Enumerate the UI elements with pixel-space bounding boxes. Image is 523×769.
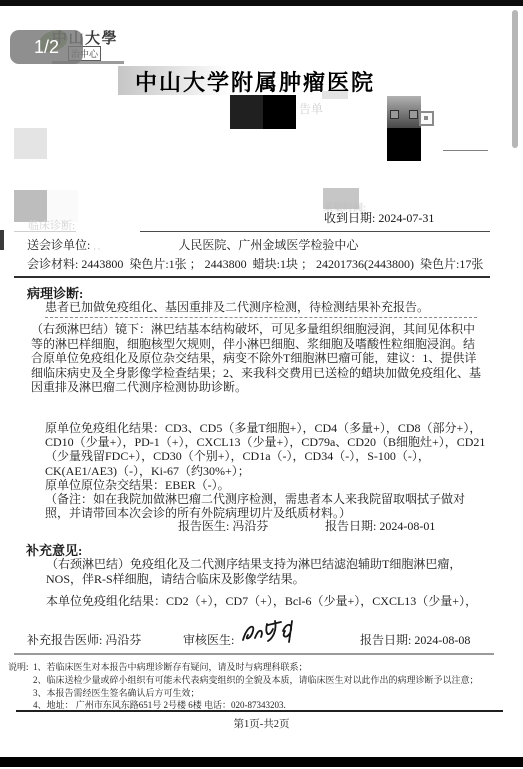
referral-unit-redacted: ，、 [93, 240, 175, 255]
redaction-patient-box-1 [14, 128, 47, 159]
note-line-3: 3、本报告需经医生签名确认后方可生效； [33, 687, 200, 699]
supplement-report-date: 报告日期: 2024-08-08 [360, 633, 470, 648]
scan-left-artifact [0, 230, 4, 250]
remark-note: （备注：如在我院加做淋巴瘤二代测序检测，需患者本人来我院留取咽拭子做对照，并请带… [45, 492, 488, 520]
supplement-conclusion: （右颈淋巴结）免疫组化及二代测序结果支持为淋巴结滤泡辅助T细胞淋巴瘤，NOS，伴… [46, 557, 494, 586]
redaction-subtitle-box [230, 95, 296, 129]
qr-finder-square [409, 110, 418, 119]
note-line-2: 2、临床送检少量或碎小组织有可能未代表病变组织的全貌及本质，请临床医生对以此作出… [33, 674, 479, 686]
referral-unit-value: 人民医院、广州金域医学检验中心 [178, 238, 358, 252]
scrollbar-thumb[interactable] [512, 10, 518, 148]
page-indicator-badge: 1/2 [10, 30, 83, 64]
scan-smudge [322, 91, 348, 99]
barcode-underline [443, 150, 488, 151]
reviewer-label: 审核医生: [183, 633, 234, 648]
dashed-divider [45, 317, 477, 318]
referral-unit-row: 送会诊单位: ，、 人民医院、广州金域医学检验中心 [27, 238, 358, 255]
footer-divider [14, 653, 494, 655]
qr-code-icon [387, 96, 421, 128]
subtitle-ghost-text: 告单 [299, 100, 323, 117]
our-ihc-results: 本单位免疫组化结果：CD2（+），CD7（+），Bcl-6（少量+），CXCL1… [46, 594, 494, 609]
microscopy-findings: （右颈淋巴结）镜下：淋巴结基本结构破坏，可见多量组织细胞浸润，其间见体积中等的淋… [31, 322, 483, 395]
qr-finder-square [390, 110, 399, 119]
redaction-qr-box [387, 128, 421, 161]
scan-bottom-edge [0, 757, 523, 767]
note-line-1: 1、若临床医生对本报告中病理诊断存有疑问，请及时与病理科联系； [33, 661, 308, 673]
notes-label: 说明: [8, 661, 29, 673]
received-date: 收到日期: 2024-07-31 [324, 211, 434, 226]
hospital-title: 中山大学附属肿瘤医院 [40, 66, 470, 97]
prior-ihc-results: 原单位免疫组化结果：CD3、CD5（多量T细胞+），CD4（多量+），CD8（部… [45, 421, 488, 478]
supplement-doctor: 补充报告医师: 冯沿芬 [27, 633, 141, 648]
page-indicator-label: 1/2 [34, 37, 59, 58]
page-number: 第1页-共2页 [0, 716, 523, 731]
qr-corner-square [419, 111, 434, 126]
prior-results-block: 原单位免疫组化结果：CD3、CD5（多量T细胞+），CD4（多量+），CD8（部… [45, 421, 488, 520]
qr-corner-dot [424, 116, 428, 120]
referral-materials-row: 会诊材料: 2443800 染色片:1张 ； 2443800 蜡块:1块 ； 2… [27, 257, 483, 272]
reviewer-signature [237, 616, 299, 650]
report-doctor: 报告医生: 冯沿芬 [178, 519, 268, 534]
section-divider [14, 276, 490, 278]
header-divider [140, 231, 490, 232]
referral-unit-label: 送会诊单位: [27, 238, 90, 252]
report-date: 报告日期: 2024-08-01 [325, 519, 435, 534]
pending-report-note: 患者已加做免疫组化、基因重排及二代测序检测，待检测结果补充报告。 [45, 300, 485, 315]
scan-top-edge [0, 0, 523, 6]
prior-ish-results: 原单位原位杂交结果：EBER（-）。 [45, 478, 488, 492]
header-divider-left [14, 231, 76, 232]
document-viewer: 中山大學 治中心 1/2 中山大学附属肿瘤医院 告单 临床诊断: 采集时间: 收… [0, 0, 523, 769]
page-bottom-rule [16, 710, 503, 712]
